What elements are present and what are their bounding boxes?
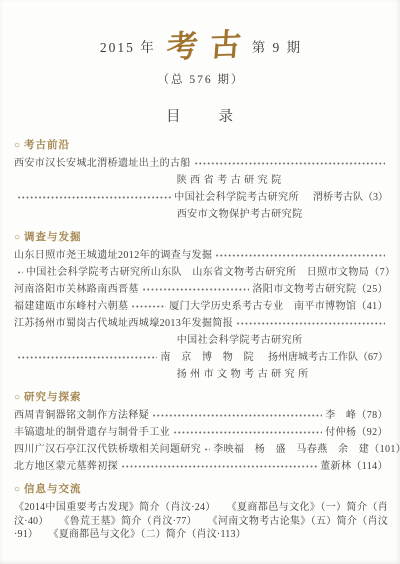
institution-row: 南 京 博 物 院 扬州唐城考古工作队（67） xyxy=(14,349,388,366)
article-title: 四川广汉石亭江汉代铁桥墩相关问题研究 xyxy=(14,441,201,458)
journal-header: 2015 年 考古 第 9 期 （总 576 期） 目 录 xyxy=(14,30,388,126)
total-issue-label: （总 576 期） xyxy=(14,71,388,87)
article-title-row: 江苏扬州市蜀岗古代城址西城壕2013年发掘简报 xyxy=(14,315,388,332)
authors-and-page-number: 中国社会科学院考古研究所山东队 山东省文物考古研究所 日照市文物局（7） xyxy=(26,264,395,281)
article-title: 西周青铜器铭文制作方法释疑 xyxy=(14,407,149,424)
journal-toc-page: 2015 年 考古 第 9 期 （总 576 期） 目 录 ○ 考古前沿 西安市… xyxy=(0,0,400,564)
section-archaeology-frontier: ○ 考古前沿 西安市汉长安城北渭桥遗址出土的古船 陕 西 省 考 古 研 究 院… xyxy=(14,138,388,223)
section-marker-icon: ○ xyxy=(14,230,21,246)
article-entry-row: 河南洛阳市关林路南西晋墓 洛阳市文物考古研究院（25） xyxy=(14,281,388,298)
issue-label: 第 9 期 xyxy=(252,36,303,56)
article-title: 河南洛阳市关林路南西晋墓 xyxy=(14,281,139,298)
institution-line: 中国社会科学院考古研究所 xyxy=(14,332,388,349)
article-title-row: 山东日照市尧王城遗址2012年的调查与发掘 xyxy=(14,247,388,264)
dotted-leader xyxy=(17,271,23,274)
section-title: 考古前沿 xyxy=(24,138,70,154)
section-marker-icon: ○ xyxy=(14,138,21,154)
dotted-leader xyxy=(142,288,250,291)
article-entry-row: 北方地区蒙元墓葬初探 董新林（114） xyxy=(14,458,388,475)
dotted-leader xyxy=(173,431,322,434)
authors-and-page-number: 李映福 杨 盛 马春燕 余 建（101） xyxy=(213,441,400,458)
book-introductions-paragraph: 《2014中国重要考古发现》简介（肖汶·24） 《夏商都邑与文化》（一）简介（肖… xyxy=(14,501,388,542)
section-marker-icon: ○ xyxy=(14,390,21,406)
article-entry-row: 福建建瓯市东峰村六朝墓 厦门大学历史系考古专业 南平市博物馆（41） xyxy=(14,298,388,315)
dotted-leader xyxy=(215,254,385,257)
article-entry-row: 四川广汉石亭江汉代铁桥墩相关问题研究 李映福 杨 盛 马春燕 余 建（101） xyxy=(14,441,388,458)
institution-line: 南 京 博 物 院 xyxy=(160,349,254,366)
institution-line: 西安市文物保护考古研究院 xyxy=(14,206,388,223)
article-entry-row: 丰镐遗址的制骨遗存与制骨手工业 付仲杨（92） xyxy=(14,424,388,441)
section-title: 研究与探索 xyxy=(24,390,82,406)
section-research-exploration: ○ 研究与探索 西周青铜器铭文制作方法释疑 李 峰（78） 丰镐遗址的制骨遗存与… xyxy=(14,390,388,475)
dotted-leader xyxy=(236,322,385,325)
year-label: 2015 年 xyxy=(100,36,156,56)
dotted-leader xyxy=(194,162,385,165)
team-and-page-number: 渭桥考古队（3） xyxy=(313,189,388,206)
section-title: 信息与交流 xyxy=(24,482,82,498)
article-title-row: 西安市汉长安城北渭桥遗址出土的古船 xyxy=(14,155,388,172)
dotted-leader xyxy=(152,414,322,417)
article-title: 福建建瓯市东峰村六朝墓 xyxy=(14,298,128,315)
dotted-leader xyxy=(131,305,166,308)
section-information-exchange: ○ 信息与交流 《2014中国重要考古发现》简介（肖汶·24） 《夏商都邑与文化… xyxy=(14,482,388,542)
authors-and-page-number: 厦门大学历史系考古专业 南平市博物馆（41） xyxy=(169,298,388,315)
journal-title-line: 2015 年 考古 第 9 期 xyxy=(14,30,388,61)
article-title: 山东日照市尧王城遗址2012年的调查与发掘 xyxy=(14,247,212,264)
section-marker-icon: ○ xyxy=(14,482,21,498)
team-and-page-number: 扬州唐城考古工作队（67） xyxy=(268,349,388,366)
dotted-leader xyxy=(17,356,157,359)
article-title: 丰镐遗址的制骨遗存与制骨手工业 xyxy=(14,424,170,441)
authors-and-page-number: 付仲杨（92） xyxy=(325,424,388,441)
dotted-leader xyxy=(17,196,171,199)
article-title: 北方地区蒙元墓葬初探 xyxy=(14,458,118,475)
dotted-leader xyxy=(121,465,317,468)
section-header: ○ 信息与交流 xyxy=(14,482,388,498)
institution-line: 中国社会科学院考古研究所 xyxy=(174,189,299,206)
article-title: 江苏扬州市蜀岗古代城址西城壕2013年发掘简报 xyxy=(14,315,233,332)
authors-and-page-number: 董新林（114） xyxy=(320,458,388,475)
section-title: 调查与发掘 xyxy=(24,230,82,246)
article-title: 西安市汉长安城北渭桥遗址出土的古船 xyxy=(14,155,191,172)
authors-and-page-number: 李 峰（78） xyxy=(325,407,388,424)
authors-row: 中国社会科学院考古研究所山东队 山东省文物考古研究所 日照市文物局（7） xyxy=(14,264,388,281)
toc-title: 目 录 xyxy=(14,105,388,126)
institution-line: 陕 西 省 考 古 研 究 院 xyxy=(14,172,388,189)
article-entry-row: 西周青铜器铭文制作方法释疑 李 峰（78） xyxy=(14,407,388,424)
section-header: ○ 研究与探索 xyxy=(14,390,388,406)
section-survey-excavation: ○ 调查与发掘 山东日照市尧王城遗址2012年的调查与发掘 中国社会科学院考古研… xyxy=(14,230,388,383)
section-header: ○ 考古前沿 xyxy=(14,138,388,154)
institution-row: 中国社会科学院考古研究所 渭桥考古队（3） xyxy=(14,189,388,206)
section-header: ○ 调查与发掘 xyxy=(14,230,388,246)
authors-and-page-number: 洛阳市文物考古研究院（25） xyxy=(252,281,388,298)
journal-logo: 考古 xyxy=(163,28,255,62)
institution-line: 扬 州 市 文 物 考 古 研 究 所 xyxy=(14,366,388,383)
dotted-leader xyxy=(204,448,210,451)
